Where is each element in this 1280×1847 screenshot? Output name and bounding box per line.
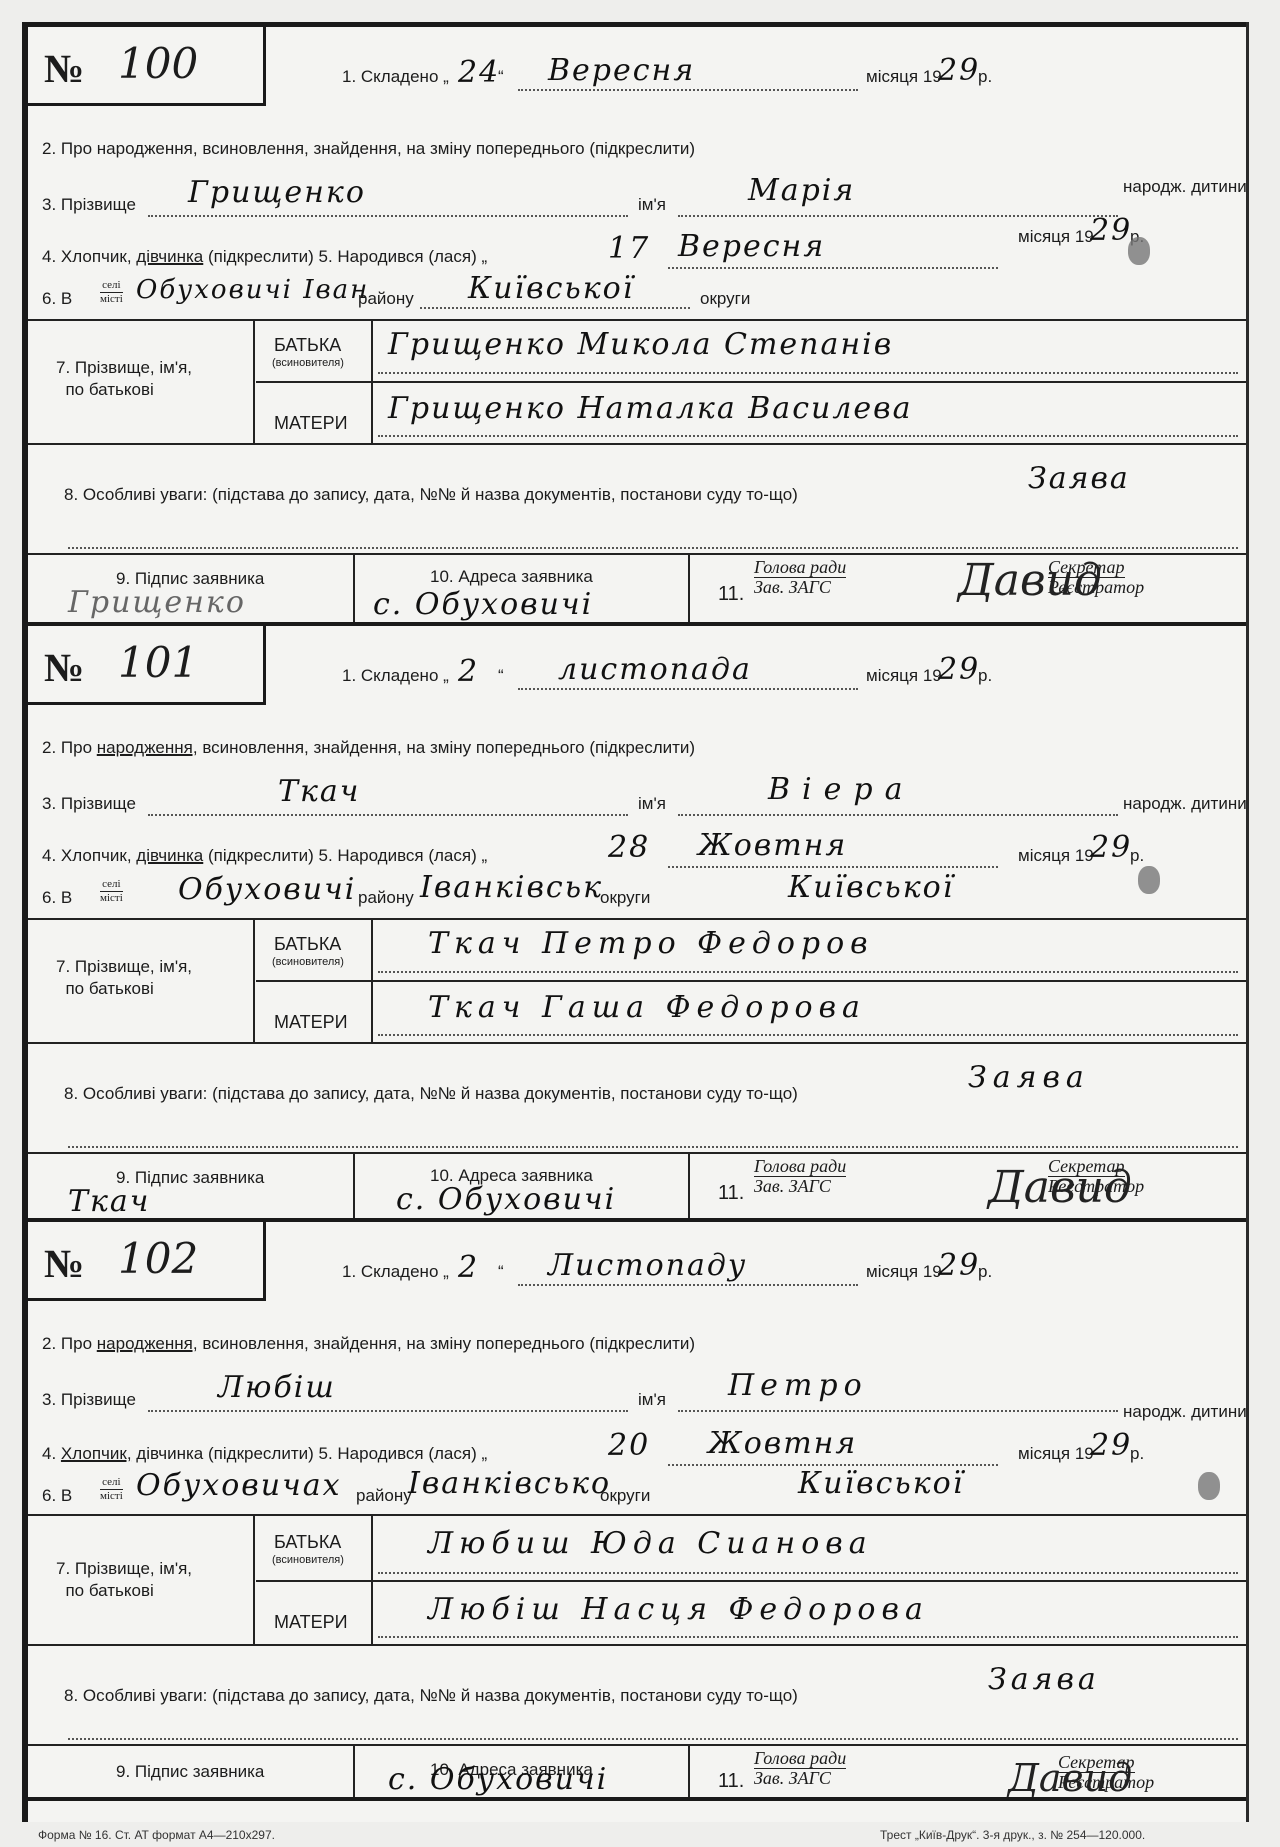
names-label: 7. Прізвище, ім'я, по батькові <box>56 357 192 401</box>
registrar-signature: Давид <box>988 1162 1132 1213</box>
month-year-label: місяця 19 <box>1018 846 1094 866</box>
head-label: Голова радиЗав. ЗАГС <box>754 1748 846 1788</box>
child-label: народж. дитини <box>1123 794 1247 814</box>
name-value: Віера <box>768 772 914 807</box>
signature-label: 9. Підпис заявника <box>116 1762 264 1782</box>
mother-label: МАТЕРИ <box>274 1012 348 1033</box>
district-label: району <box>358 888 414 908</box>
child-label: народж. дитини <box>1123 177 1247 197</box>
district-value: Іванківськ <box>420 870 603 905</box>
record-number: 100 <box>118 39 198 88</box>
year-suffix: р. <box>978 67 992 87</box>
surname-label: 3. Прізвище <box>42 794 136 814</box>
village-city-fraction: селімісті <box>100 878 123 905</box>
name-label: ім'я <box>638 1390 666 1410</box>
name-label: ім'я <box>638 195 666 215</box>
year-suffix: р. <box>1130 1444 1144 1464</box>
village-value: Обуховичах <box>136 1468 342 1503</box>
born-year: 29 <box>1090 830 1132 865</box>
notes-label: 8. Особливі уваги: (підстава до запису, … <box>64 1084 798 1104</box>
village-value: Обуховичі Іван <box>136 275 369 305</box>
form-footer-left: Форма № 16. Ст. АТ формат А4—210х297. <box>38 1828 275 1842</box>
composed-day: 24 <box>458 55 500 90</box>
okrug-value: Київської <box>798 1466 964 1501</box>
head-label: Голова радиЗав. ЗАГС <box>754 1156 846 1196</box>
composed-year: 29 <box>938 1248 980 1283</box>
year-suffix: р. <box>978 666 992 686</box>
born-day: 17 <box>608 231 650 266</box>
applicant-signature: Ткач <box>68 1184 150 1219</box>
applicant-signature: Грищенко <box>68 585 246 620</box>
okrug-label: округи <box>600 888 650 908</box>
address-value: с. Обуховичі <box>388 1762 608 1797</box>
year-suffix: р. <box>1130 846 1144 866</box>
village-value: Обуховичі <box>178 872 356 907</box>
okrug-label: округи <box>600 1486 650 1506</box>
composed-month: листопада <box>558 652 752 687</box>
notes-value: Заява <box>1028 461 1130 496</box>
mother-value: Грищенко Наталка Василева <box>388 391 913 426</box>
event-type-line: 2. Про народження, всиновлення, знайденн… <box>42 139 695 159</box>
district-value: Київської <box>468 271 634 306</box>
record-number-box: № 102 <box>28 1222 266 1301</box>
gender-line: 4. Хлопчик, дівчинка (підкреслити) 5. На… <box>42 846 487 866</box>
father-value: Ткач Петро Федоров <box>428 926 874 961</box>
father-value: Грищенко Микола Степанів <box>388 327 893 362</box>
quote: “ <box>498 67 504 87</box>
in-label: 6. В <box>42 888 72 908</box>
composed-label: 1. Складено „ <box>342 1262 449 1282</box>
record-102: № 102 1. Складено „ 2 “ Листопаду місяця… <box>28 1222 1246 1801</box>
born-month: Жовтня <box>708 1426 857 1461</box>
mother-value: Любіш Насця Федорова <box>428 1592 929 1627</box>
district-label: району <box>356 1486 412 1506</box>
quote: “ <box>498 1262 504 1282</box>
born-day: 28 <box>608 830 650 865</box>
month-year-label: місяця 19 <box>866 666 942 686</box>
number-sign: № <box>44 1240 84 1287</box>
composed-month: Листопаду <box>548 1248 747 1283</box>
okrug-value: Київської <box>788 870 954 905</box>
number-sign: № <box>44 45 84 92</box>
mother-label: МАТЕРИ <box>274 1612 348 1633</box>
notes-value: Заява <box>988 1662 1100 1697</box>
record-number: 102 <box>118 1234 198 1283</box>
adopter-label: (всиновителя) <box>272 357 344 369</box>
head-number: 11. <box>718 583 744 606</box>
village-city-fraction: селімісті <box>100 1476 123 1503</box>
month-year-label: місяця 19 <box>1018 1444 1094 1464</box>
number-sign: № <box>44 644 84 691</box>
record-100: № 100 1. Складено „ 24 “ Вересня місяця … <box>28 22 1246 626</box>
father-label: БАТЬКА <box>274 934 341 955</box>
composed-label: 1. Складено „ <box>342 67 449 87</box>
ink-stain <box>1138 866 1160 894</box>
head-number: 11. <box>718 1770 744 1793</box>
in-label: 6. В <box>42 1486 72 1506</box>
composed-day: 2 <box>458 1250 479 1285</box>
notes-value: Заява <box>968 1060 1090 1095</box>
notes-label: 8. Особливі уваги: (підстава до запису, … <box>64 1686 798 1706</box>
ink-stain <box>1128 237 1150 265</box>
composed-month: Вересня <box>548 53 695 88</box>
head-label: Голова радиЗав. ЗАГС <box>754 557 846 597</box>
gender-line: 4. Хлопчик, дівчинка (підкреслити) 5. На… <box>42 247 487 267</box>
address-label: 10. Адреса заявника <box>430 567 593 587</box>
quote: “ <box>498 666 504 686</box>
surname-label: 3. Прізвище <box>42 195 136 215</box>
notes-label: 8. Особливі уваги: (підстава до запису, … <box>64 485 798 505</box>
name-value: Петро <box>728 1368 868 1403</box>
surname-value: Грищенко <box>188 175 366 210</box>
event-type-line: 2. Про народження, всиновлення, знайденн… <box>42 738 695 758</box>
event-type-line: 2. Про народження, всиновлення, знайденн… <box>42 1334 695 1354</box>
name-label: ім'я <box>638 794 666 814</box>
father-label: БАТЬКА <box>274 335 341 356</box>
surname-value: Ткач <box>278 774 360 809</box>
registrar-signature: Давид <box>958 555 1102 606</box>
birth-registry-page: № 100 1. Складено „ 24 “ Вересня місяця … <box>22 22 1249 1822</box>
district-label: району <box>358 289 414 309</box>
names-label: 7. Прізвище, ім'я, по батькові <box>56 956 192 1000</box>
district-value: Іванківсько <box>408 1466 611 1501</box>
in-label: 6. В <box>42 289 72 309</box>
record-number-box: № 101 <box>28 626 266 705</box>
composed-day: 2 <box>458 654 479 689</box>
head-number: 11. <box>718 1182 744 1205</box>
born-month: Жовтня <box>698 828 847 863</box>
composed-year: 29 <box>938 53 980 88</box>
adopter-label: (всиновителя) <box>272 1554 344 1566</box>
surname-value: Любіш <box>218 1370 336 1405</box>
father-label: БАТЬКА <box>274 1532 341 1553</box>
composed-label: 1. Складено „ <box>342 666 449 686</box>
month-year-label: місяця 19 <box>866 1262 942 1282</box>
ink-stain <box>1198 1472 1220 1500</box>
village-city-fraction: селімісті <box>100 279 123 306</box>
form-footer-right: Трест „Київ-Друк“. 3-я друк., з. № 254—1… <box>880 1828 1145 1842</box>
child-label: народж. дитини <box>1123 1402 1247 1422</box>
born-month: Вересня <box>678 229 825 264</box>
mother-label: МАТЕРИ <box>274 413 348 434</box>
address-value: с. Обуховичі <box>373 587 593 622</box>
surname-label: 3. Прізвище <box>42 1390 136 1410</box>
address-value: с. Обуховичі <box>396 1182 616 1217</box>
born-day: 20 <box>608 1428 650 1463</box>
record-101: № 101 1. Складено „ 2 “ листопада місяця… <box>28 626 1246 1222</box>
month-year-label: місяця 19 <box>866 67 942 87</box>
record-number-box: № 100 <box>28 27 266 106</box>
mother-value: Ткач Гаша Федорова <box>428 990 866 1025</box>
names-label: 7. Прізвище, ім'я, по батькові <box>56 1558 192 1602</box>
year-suffix: р. <box>978 1262 992 1282</box>
born-year: 29 <box>1090 1428 1132 1463</box>
month-year-label: місяця 19 <box>1018 227 1094 247</box>
born-year: 29 <box>1090 213 1132 248</box>
composed-year: 29 <box>938 652 980 687</box>
record-number: 101 <box>118 638 198 687</box>
adopter-label: (всиновителя) <box>272 956 344 968</box>
okrug-label: округи <box>700 289 750 309</box>
name-value: Марія <box>748 173 855 208</box>
registrar-signature: Давид <box>1008 1756 1132 1800</box>
gender-line: 4. Хлопчик, дівчинка (підкреслити) 5. На… <box>42 1444 487 1464</box>
father-value: Любиш Юда Сианова <box>428 1526 873 1561</box>
